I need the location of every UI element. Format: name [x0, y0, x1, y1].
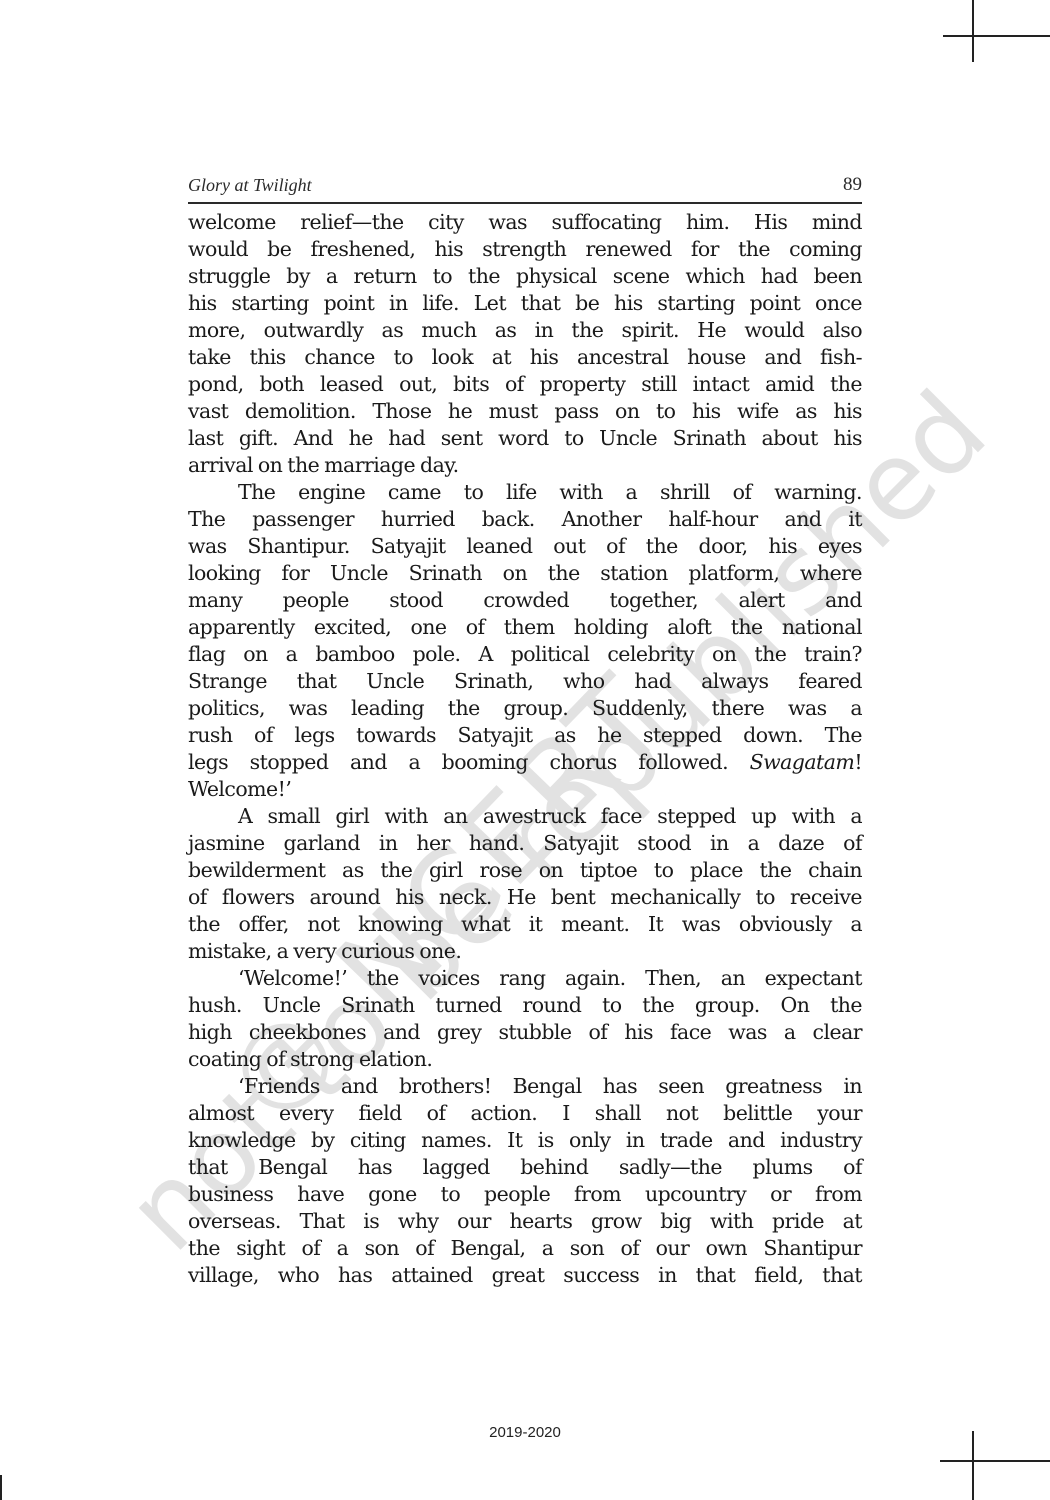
text-line: hush. Uncle Srinath turned round to the …: [188, 992, 862, 1019]
text-line: The passenger hurried back. Another half…: [188, 506, 862, 533]
italic-word: Swagatam: [750, 750, 855, 774]
text-line: village, who has attained great success …: [188, 1262, 862, 1289]
text-line: flag on a bamboo pole. A political celeb…: [188, 641, 862, 668]
text-line-with-italic: legs stopped and a booming chorus follow…: [188, 749, 862, 776]
crop-mark-top-right-vertical: [972, 0, 974, 62]
text-line: bewilderment as the girl rose on tiptoe …: [188, 857, 862, 884]
text-line: mistake, a very curious one.: [188, 938, 862, 965]
text-line: was Shantipur. Satyajit leaned out of th…: [188, 533, 862, 560]
text-line: coating of strong elation.: [188, 1046, 862, 1073]
text-line: Strange that Uncle Srinath, who had alwa…: [188, 668, 862, 695]
footer-year: 2019-2020: [0, 1424, 1050, 1441]
paragraph-start-line: The engine came to life with a shrill of…: [188, 479, 862, 506]
text-line: politics, was leading the group. Suddenl…: [188, 695, 862, 722]
text-line: struggle by a return to the physical sce…: [188, 263, 862, 290]
text-line: of flowers around his neck. He bent mech…: [188, 884, 862, 911]
page-number: 89: [843, 174, 862, 196]
crop-mark-top-right-horizontal: [943, 35, 1050, 37]
text-line: welcome relief—the city was suffocating …: [188, 209, 862, 236]
text-line: business have gone to people from upcoun…: [188, 1181, 862, 1208]
text-line: almost every field of action. I shall no…: [188, 1100, 862, 1127]
text-line: rush of legs towards Satyajit as he step…: [188, 722, 862, 749]
text-line: apparently excited, one of them holding …: [188, 614, 862, 641]
text-line: pond, both leased out, bits of property …: [188, 371, 862, 398]
paragraph-start-line: ‘Friends and brothers! Bengal has seen g…: [188, 1073, 862, 1100]
text-line: jasmine garland in her hand. Satyajit st…: [188, 830, 862, 857]
chapter-title: Glory at Twilight: [188, 175, 312, 196]
italic-word-suffix: !: [854, 750, 862, 774]
text-line: many people stood crowded together, aler…: [188, 587, 862, 614]
text-line: the offer, not knowing what it meant. It…: [188, 911, 862, 938]
text-line: looking for Uncle Srinath on the station…: [188, 560, 862, 587]
text-line: his starting point in life. Let that be …: [188, 290, 862, 317]
text-line: take this chance to look at his ancestra…: [188, 344, 862, 371]
text-line: arrival on the marriage day.: [188, 452, 862, 479]
paragraph-start-line: ‘Welcome!’ the voices rang again. Then, …: [188, 965, 862, 992]
text-line: overseas. That is why our hearts grow bi…: [188, 1208, 862, 1235]
text-line: knowledge by citing names. It is only in…: [188, 1127, 862, 1154]
body-text: welcome relief—the city was suffocating …: [188, 209, 862, 1289]
running-header: Glory at Twilight 89: [188, 174, 862, 204]
text-line: high cheekbones and grey stubble of his …: [188, 1019, 862, 1046]
text-line: Welcome!’: [188, 776, 862, 803]
text-line: would be freshened, his strength renewed…: [188, 236, 862, 263]
text-line: the sight of a son of Bengal, a son of o…: [188, 1235, 862, 1262]
paragraph-start-line: A small girl with an awestruck face step…: [188, 803, 862, 830]
crop-mark-bottom-left-vertical: [0, 1475, 2, 1500]
text-line: vast demolition. Those he must pass on t…: [188, 398, 862, 425]
crop-mark-bottom-right-vertical: [972, 1431, 974, 1500]
text-line: that Bengal has lagged behind sadly—the …: [188, 1154, 862, 1181]
text-segment: legs stopped and a booming chorus follow…: [188, 750, 728, 774]
text-line: last gift. And he had sent word to Uncle…: [188, 425, 862, 452]
text-line: more, outwardly as much as in the spirit…: [188, 317, 862, 344]
crop-mark-bottom-right-horizontal: [940, 1460, 1050, 1462]
